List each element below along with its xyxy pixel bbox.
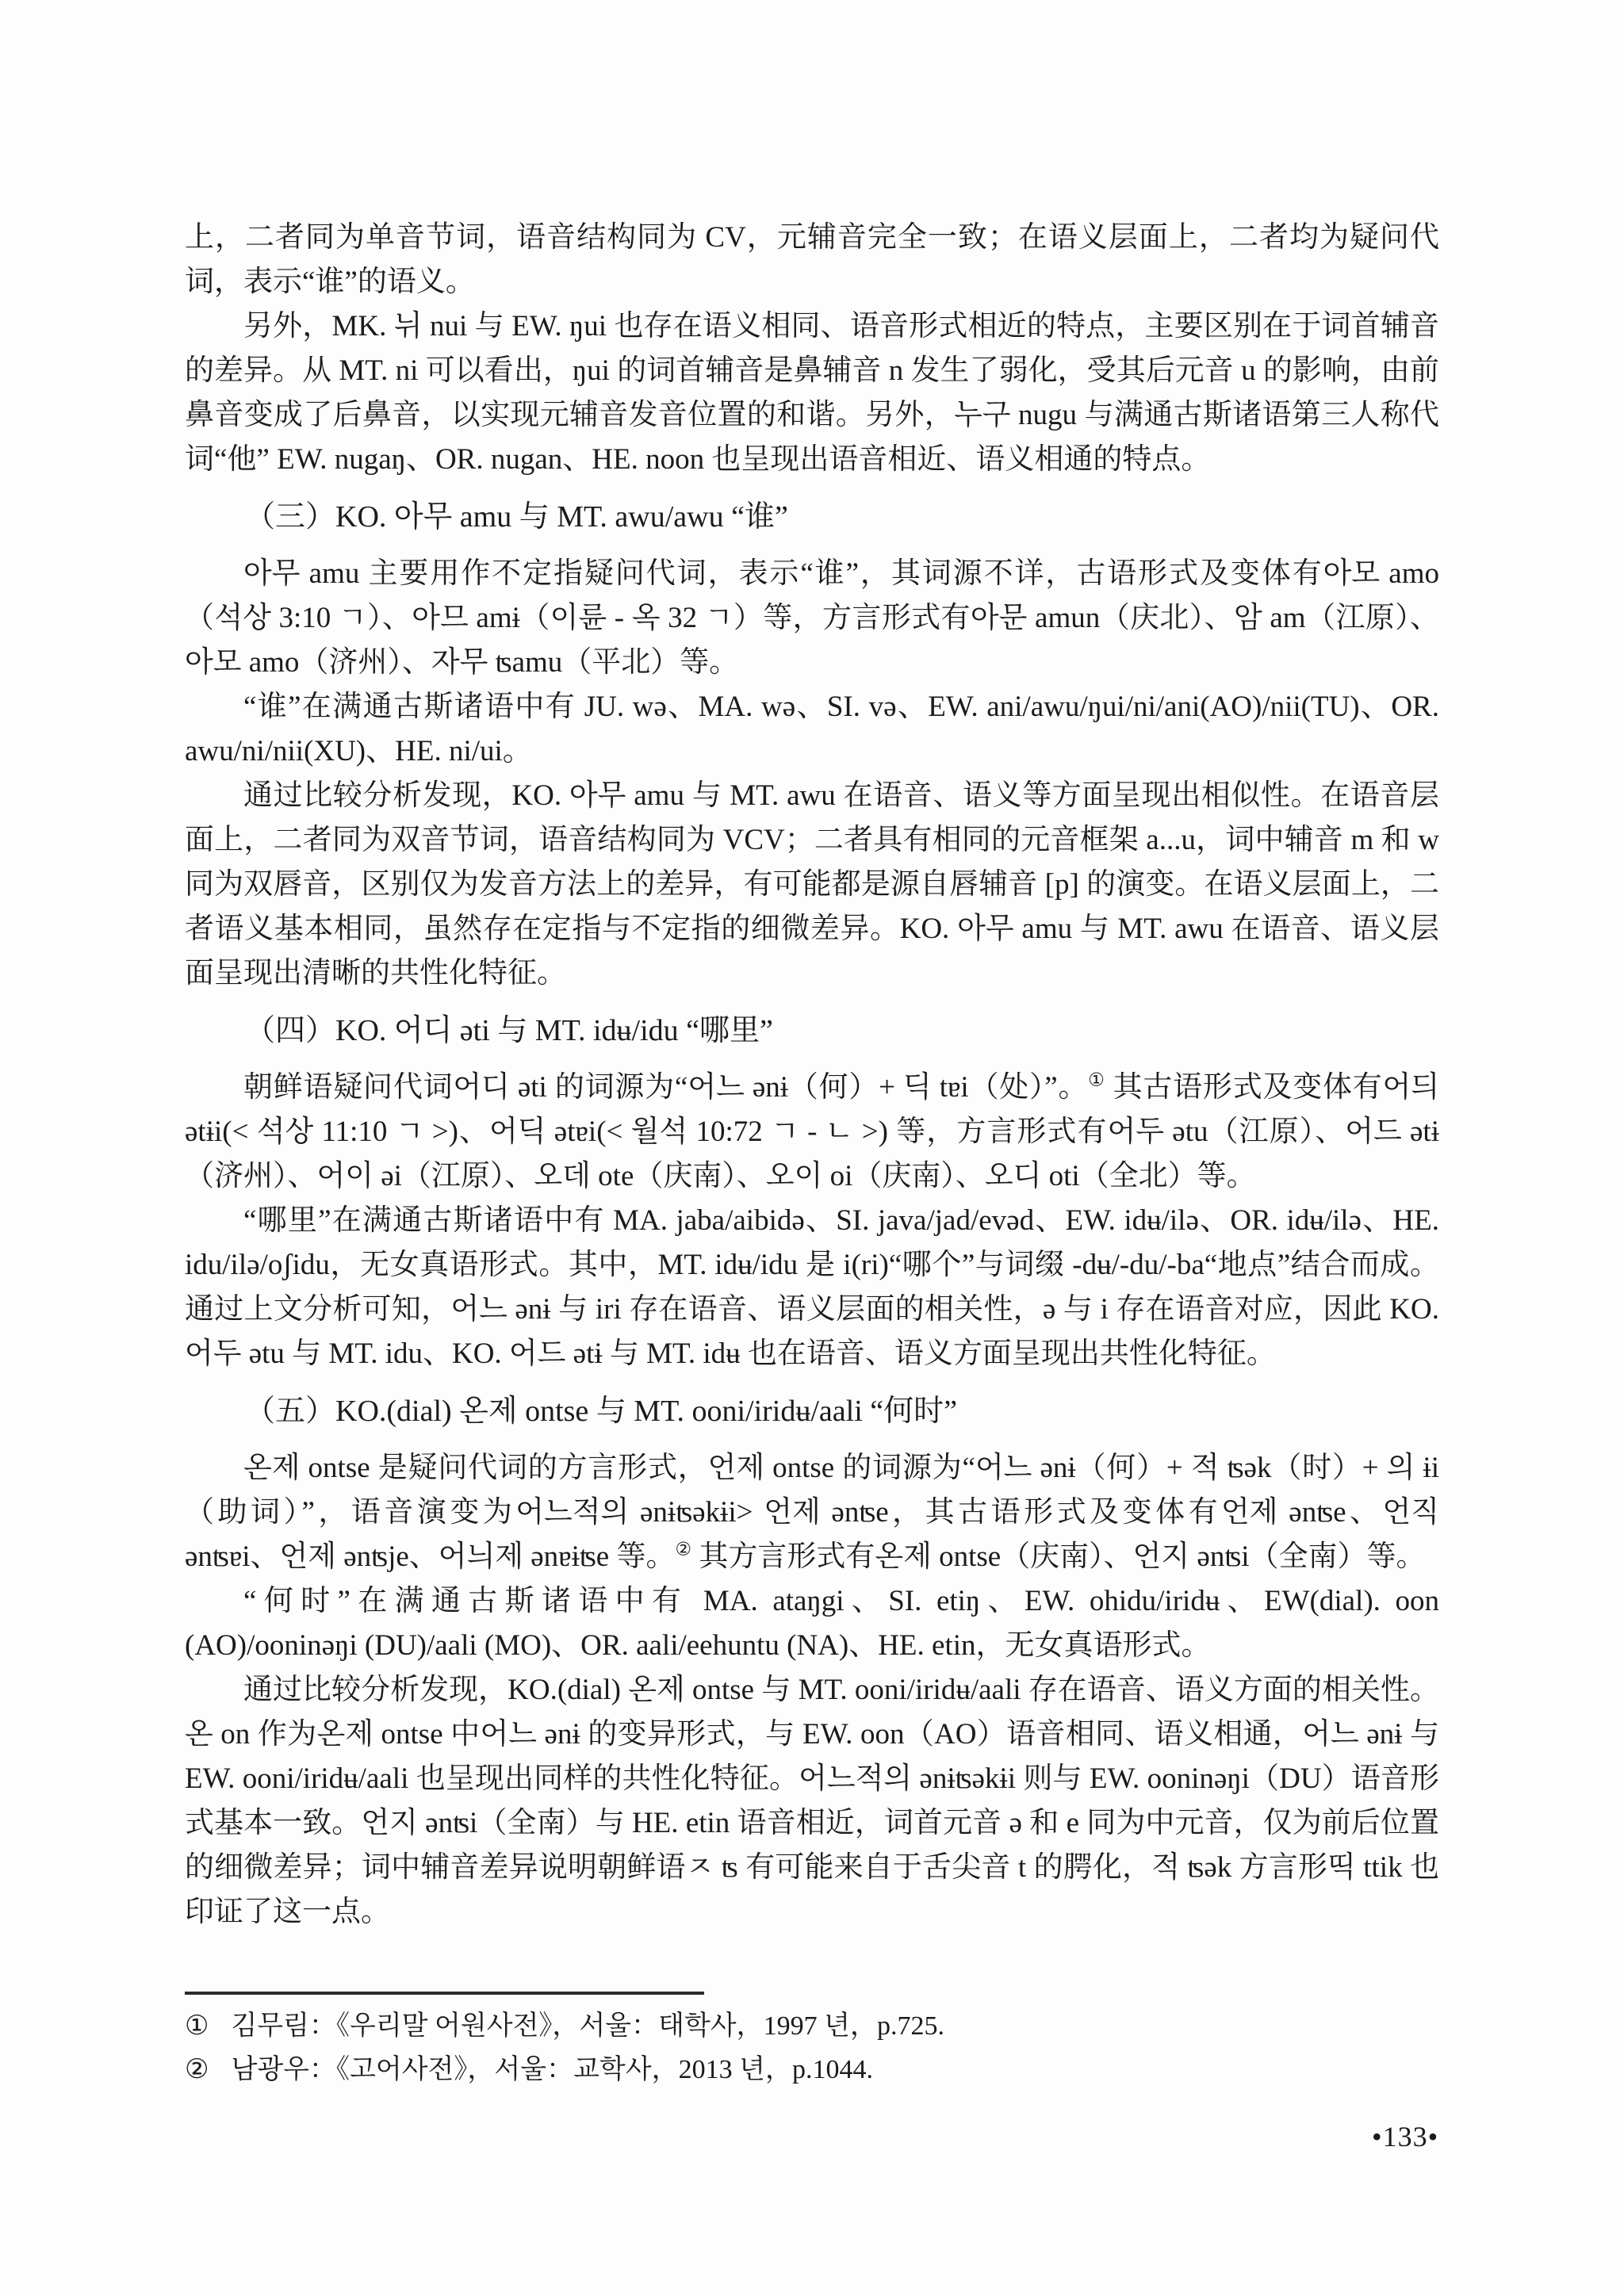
paragraph: 朝鲜语疑问代词어디 əti 的词源为“어느 ənɨ（何）+ 딕 tɐi（处）”。… [185,1066,1439,1199]
paragraph-text: 朝鲜语疑问代词어디 əti 的词源为“어느 ənɨ（何）+ 딕 tɐi（处）”。 [243,1071,1088,1104]
article-body: 上，二者同为单音节词，语音结构同为 CV，元辅音完全一致；在语义层面上，二者均为… [185,216,1439,1934]
paragraph: 온제 ontse 是疑问代词的方言形式，언제 ontse 的词源为“어느 ənɨ… [185,1446,1439,1579]
footnote-marker-2: ② [185,2048,209,2091]
footnote-1: ① 김무림：《우리말 어원사전》，서울：태학사，1997 년，p.725. [185,2004,1439,2048]
footnote-ref-2: ② [675,1540,691,1559]
footnote-separator [185,1992,704,1995]
section-heading-3: （三）KO. 아무 amu 与 MT. awu/awu “谁” [185,495,1439,539]
section-heading-4: （四）KO. 어디 əti 与 MT. idʉ/idu “哪里” [185,1008,1439,1053]
footnote-marker-1: ① [185,2004,209,2048]
paragraph: “哪里”在满通古斯诸语中有 MA. jaba/aibidə、SI. java/j… [185,1199,1439,1376]
section-heading-5: （五）KO.(dial) 온제 ontse 与 MT. ooni/iridʉ/a… [185,1389,1439,1433]
footnote-2: ② 남광우：《고어사전》，서울：교학사，2013 년，p.1044. [185,2048,1439,2091]
paragraph: “谁”在满通古斯诸语中有 JU. wə、MA. wə、SI. və、EW. an… [185,685,1439,774]
footnote-text: 김무림：《우리말 어원사전》，서울：태학사，1997 년，p.725. [231,2004,1439,2048]
footnotes-section: ① 김무림：《우리말 어원사전》，서울：태학사，1997 년，p.725. ② … [185,1992,1439,2091]
paragraph: 通过比较分析发现，KO.(dial) 온제 ontse 与 MT. ooni/i… [185,1668,1439,1934]
paragraph: “何时”在满通古斯诸语中有 MA. ataŋgi、SI. etiŋ、EW. oh… [185,1579,1439,1668]
paragraph: 另外，MK. 뉘 nui 与 EW. ŋui 也存在语义相同、语音形式相近的特点… [185,304,1439,482]
paragraph: 아무 amu 主要用作不定指疑问代词，表示“谁”，其词源不详，古语形式及变体有아… [185,552,1439,685]
paragraph: 上，二者同为单音节词，语音结构同为 CV，元辅音完全一致；在语义层面上，二者均为… [185,216,1439,304]
page-number: •133• [1372,2120,1438,2153]
footnote-ref-1: ① [1088,1070,1105,1090]
document-page: 上，二者同为单音节词，语音结构同为 CV，元辅音完全一致；在语义层面上，二者均为… [0,0,1624,2296]
paragraph: 通过比较分析发现，KO. 아무 amu 与 MT. awu 在语音、语义等方面呈… [185,774,1439,996]
paragraph-text: 其方言形式有온제 ontse（庆南）、언지 ənʦi（全南）等。 [691,1540,1425,1573]
footnote-text: 남광우：《고어사전》，서울：교학사，2013 년，p.1044. [231,2048,1439,2091]
